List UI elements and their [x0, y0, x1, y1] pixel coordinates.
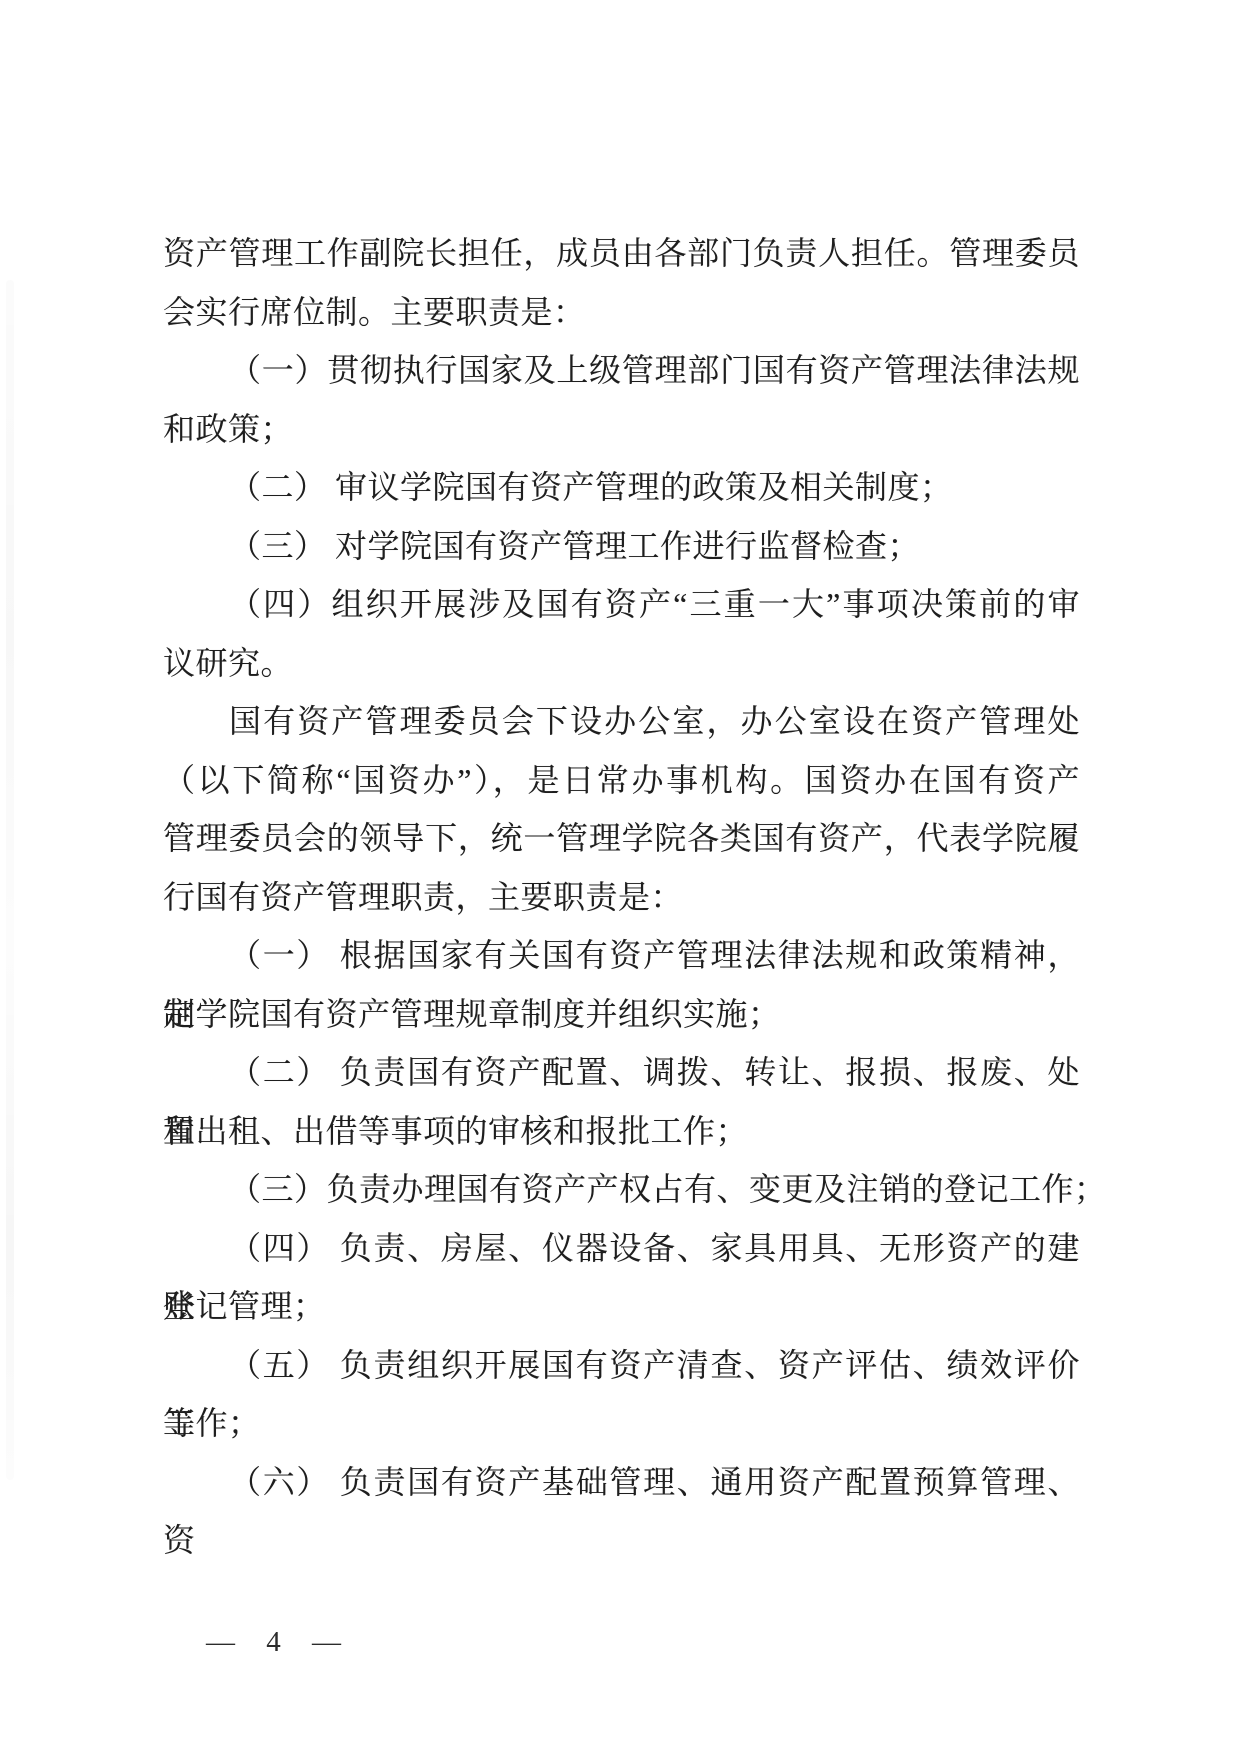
- document-body: 资产管理工作副院长担任，成员由各部门负责人担任。管理委员 会实行席位制。主要职责…: [163, 224, 1080, 1511]
- document-line: （六） 负责国有资产基础管理、通用资产配置预算管理、资: [163, 1453, 1080, 1512]
- document-line: 资产管理工作副院长担任，成员由各部门负责人担任。管理委员: [163, 224, 1080, 283]
- document-line: 管理委员会的领导下，统一管理学院各类国有资产，代表学院履: [163, 809, 1080, 868]
- document-line: 国有资产管理委员会下设办公室，办公室设在资产管理处: [163, 692, 1080, 751]
- document-page: 资产管理工作副院长担任，成员由各部门负责人担任。管理委员 会实行席位制。主要职责…: [0, 0, 1241, 1755]
- document-line: （以下简称“国资办”），是日常办事机构。国资办在国有资产: [163, 751, 1080, 810]
- document-line: （三）负责办理国有资产产权占有、变更及注销的登记工作；: [163, 1160, 1080, 1219]
- document-line: 登记管理；: [163, 1277, 1080, 1336]
- document-line: 会实行席位制。主要职责是：: [163, 283, 1080, 342]
- document-line: （四） 负责、房屋、仪器设备、家具用具、无形资产的建账: [163, 1219, 1080, 1278]
- document-line: 行国有资产管理职责，主要职责是：: [163, 868, 1080, 927]
- document-line: （一）贯彻执行国家及上级管理部门国有资产管理法律法规: [163, 341, 1080, 400]
- document-line: （一） 根据国家有关国有资产管理法律法规和政策精神，制: [163, 926, 1080, 985]
- document-line: （五） 负责组织开展国有资产清查、资产评估、绩效评价等: [163, 1336, 1080, 1395]
- document-line: 工作；: [163, 1394, 1080, 1453]
- scan-artifact: [6, 280, 14, 1480]
- page-number: — 4 —: [206, 1622, 348, 1662]
- document-line: （四）组织开展涉及国有资产“三重一大”事项决策前的审: [163, 575, 1080, 634]
- document-line: （二） 负责国有资产配置、调拨、转让、报损、报废、处置: [163, 1043, 1080, 1102]
- document-line: （二） 审议学院国有资产管理的政策及相关制度；: [163, 458, 1080, 517]
- document-line: 和政策；: [163, 400, 1080, 459]
- document-line: 定学院国有资产管理规章制度并组织实施；: [163, 985, 1080, 1044]
- document-line: 和出租、出借等事项的审核和报批工作；: [163, 1102, 1080, 1161]
- document-line: 议研究。: [163, 634, 1080, 693]
- document-line: （三） 对学院国有资产管理工作进行监督检查；: [163, 517, 1080, 576]
